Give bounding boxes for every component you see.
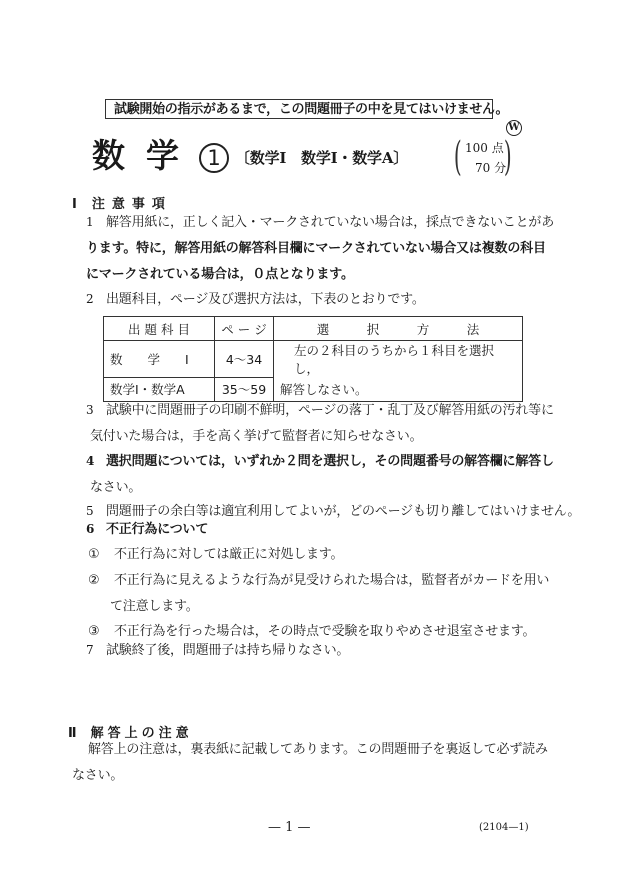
item-4: 4選択問題については，いずれか２問を選択し，その問題番号の解答欄に解答し なさい…	[86, 448, 554, 501]
table-header-row: 出 題 科 目 ペ ー ジ 選 択 方 法	[104, 317, 523, 341]
subject-title-char-1: 数	[92, 136, 125, 176]
sub-item-1: ①不正行為に対しては厳正に対処します。	[88, 542, 343, 568]
item-line: なさい。	[90, 480, 141, 495]
subject-scope: 〔数学Ⅰ 数学Ⅰ・数学A〕	[235, 147, 408, 168]
document-code: (2104—1)	[479, 822, 529, 833]
sub-item-line: て注意します。	[110, 599, 199, 614]
minutes-label: 70 分	[475, 159, 506, 176]
item-number: 1	[86, 209, 106, 235]
item-line: 試験終了後，問題冊子は持ち帰りなさい。	[106, 643, 349, 658]
method-line-1: 左の２科目のうちから１科目を選択し，	[274, 341, 523, 378]
item-line: 出題科目，ページ及び選択方法は，下表のとおりです。	[106, 292, 425, 307]
section2-line: なさい。	[72, 768, 123, 783]
points-label: 100 点	[465, 139, 504, 156]
item-line: ります。特に，解答用紙の解答科目欄にマークされていない場合又は複数の科目	[86, 241, 546, 256]
header-pages: ペ ー ジ	[215, 317, 274, 341]
row-pages: 4～34	[215, 341, 274, 378]
item-1: 1解答用紙に，正しく記入・マークされていない場合は，採点できないことがあ ります…	[86, 209, 554, 288]
exam-notice-box: 試験開始の指示があるまで，この問題冊子の中を見てはいけません。	[105, 99, 493, 119]
item-number: 4	[86, 448, 106, 474]
item-2: 2出題科目，ページ及び選択方法は，下表のとおりです。	[86, 286, 425, 313]
left-paren: (	[454, 137, 462, 177]
item-line: 解答用紙に，正しく記入・マークされていない場合は，採点できないことがあ	[106, 215, 554, 230]
item-line: 試験中に問題冊子の印刷不鮮明，ページの落丁・乱丁及び解答用紙の汚れ等に	[106, 403, 554, 418]
item-line: 不正行為について	[106, 522, 208, 537]
table-row: 数 学 Ⅰ 4～34 左の２科目のうちから１科目を選択し，	[104, 341, 523, 378]
item-number: 3	[86, 397, 106, 423]
section2-body: 解答上の注意は，裏表紙に記載してあります。この問題冊子を裏返して必ず読み なさい…	[72, 737, 548, 789]
header-subject: 出 題 科 目	[104, 317, 215, 341]
row-subject: 数 学 Ⅰ	[104, 341, 215, 378]
item-7: 7試験終了後，問題冊子は持ち帰りなさい。	[86, 637, 349, 664]
subject-title-char-2: 学	[146, 136, 179, 176]
item-number: 7	[86, 637, 106, 663]
page-number: — 1 —	[268, 820, 311, 835]
item-line: 選択問題については，いずれか２問を選択し，その問題番号の解答欄に解答し	[106, 454, 554, 469]
subject-table: 出 題 科 目 ペ ー ジ 選 択 方 法 数 学 Ⅰ 4～34 左の２科目のう…	[103, 316, 523, 402]
sub-item-line: 不正行為に見えるような行為が見受けられた場合は，監督者がカードを用い	[114, 573, 549, 588]
item-line: 気付いた場合は，手を高く挙げて監督者に知らせなさい。	[90, 429, 422, 444]
item-number: 6	[86, 516, 106, 542]
item-6: 6不正行為について	[86, 516, 208, 543]
header-method: 選 択 方 法	[274, 317, 523, 341]
sub-item-line: 不正行為に対しては厳正に対処します。	[114, 547, 343, 562]
section2-line: 解答上の注意は，裏表紙に記載してあります。この問題冊子を裏返して必ず読み	[88, 742, 548, 757]
sub-item-mark: ①	[88, 542, 114, 568]
item-number: 2	[86, 286, 106, 312]
right-paren: )	[504, 137, 512, 177]
exam-number-circle: 1	[199, 143, 229, 173]
section1-numeral: Ⅰ	[72, 197, 84, 212]
sub-item-mark: ②	[88, 568, 114, 594]
sub-item-2: ②不正行為に見えるような行為が見受けられた場合は，監督者がカードを用い て注意し…	[88, 568, 549, 620]
item-3: 3試験中に問題冊子の印刷不鮮明，ページの落丁・乱丁及び解答用紙の汚れ等に 気付い…	[86, 397, 554, 450]
item-line: にマークされている場合は，０点となります。	[86, 267, 354, 282]
